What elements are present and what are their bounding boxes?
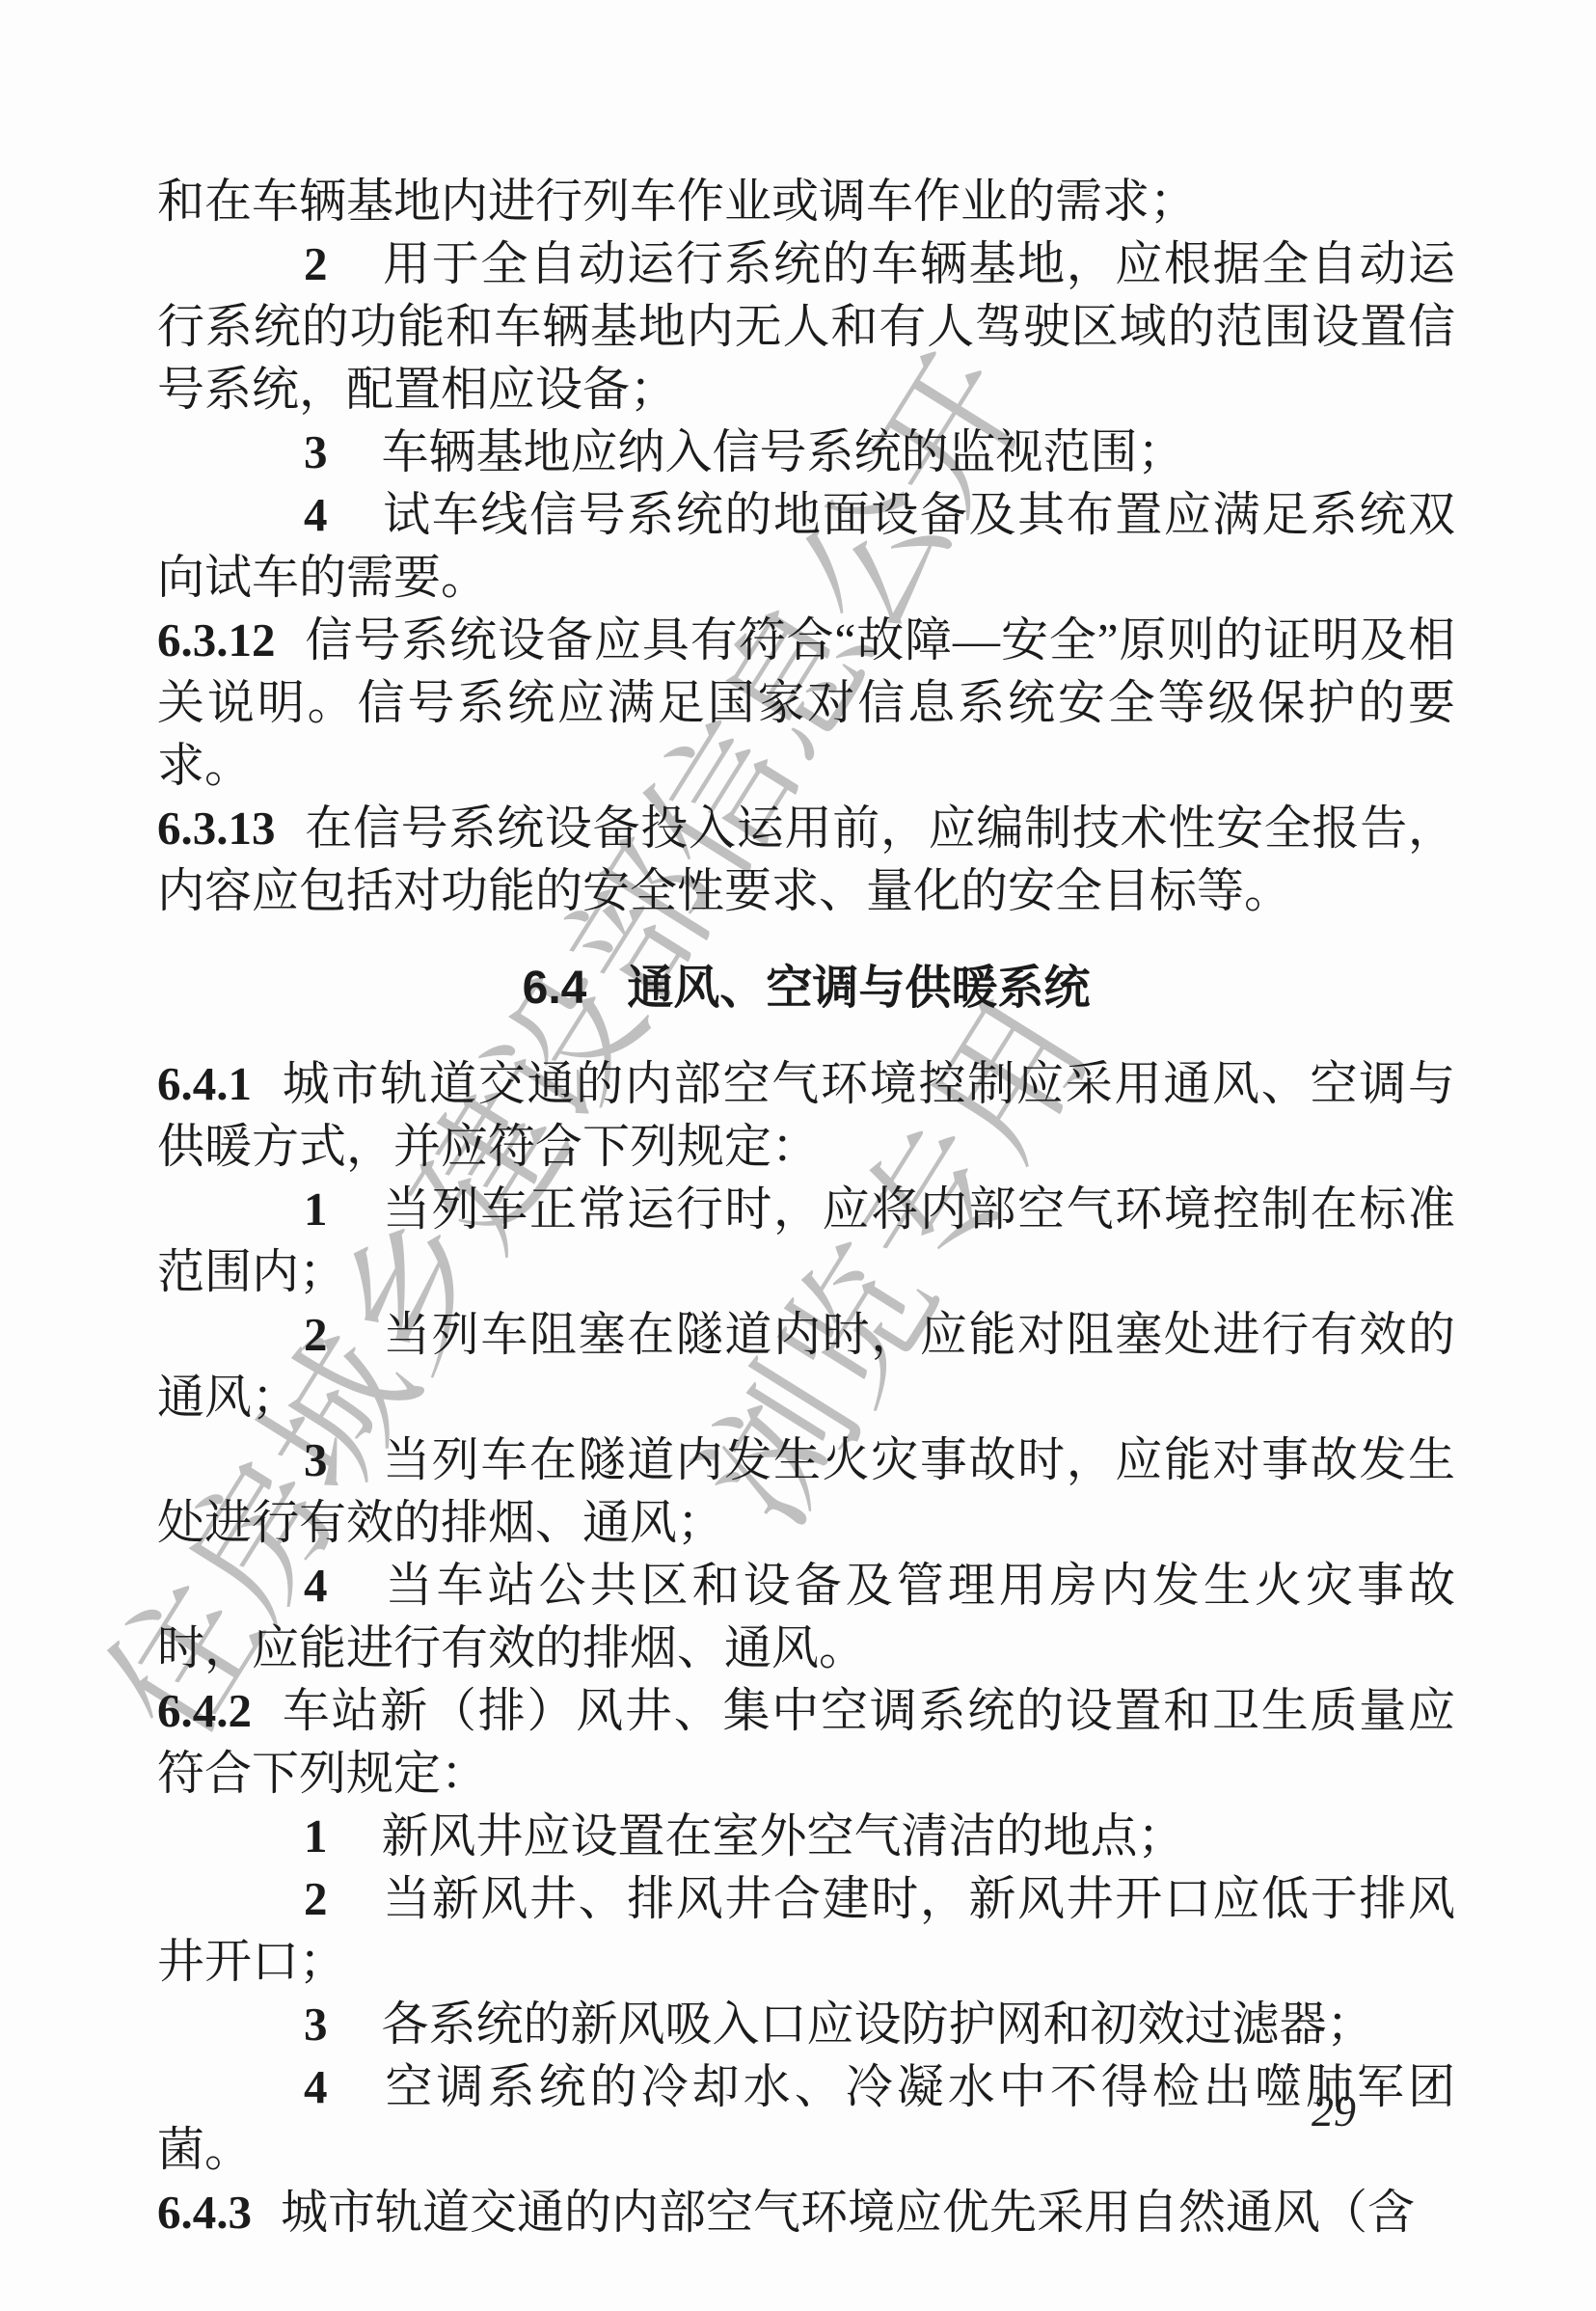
clause-paragraph: 6.4.1城市轨道交通的内部空气环境控制应采用通风、空调与供暖方式，并应符合下列… [157,1052,1455,1178]
list-item: 1当列车正常运行时，应将内部空气环境控制在标准范围内； [157,1178,1455,1303]
clause-number: 6.3.13 [157,802,276,855]
list-item: 4空调系统的冷却水、冷凝水中不得检出噬肺军团菌。 [157,2055,1455,2181]
section-heading: 6.4通风、空调与供暖系统 [157,957,1455,1020]
item-number: 2 [304,237,328,290]
item-number: 1 [304,1809,328,1862]
clause-number: 6.4.2 [157,1684,252,1737]
document-page: 住房城乡建设部信息公开 浏览专用 和在车辆基地内进行列车作业或调车作业的需求；2… [0,0,1596,2311]
list-item: 2当新风井、排风井合建时，新风井开口应低于排风井开口； [157,1867,1455,1993]
list-item: 4试车线信号系统的地面设备及其布置应满足系统双向试车的需要。 [157,483,1455,609]
item-number: 2 [304,1308,328,1361]
item-number: 3 [304,425,328,478]
clause-paragraph: 6.3.13在信号系统设备投入运用前，应编制技术性安全报告，内容应包括对功能的安… [157,797,1455,922]
item-number: 3 [304,1998,328,2051]
paragraph-text: 当车站公共区和设备及管理用房内发生火灾事故时，应能进行有效的排烟、通风。 [157,1559,1455,1674]
paragraph-text: 当新风井、排风井合建时，新风井开口应低于排风井开口； [157,1872,1455,1988]
clause-number: 6.3.12 [157,613,276,666]
page-number: 29 [1312,2085,1356,2136]
clause-paragraph: 6.3.12信号系统设备应具有符合“故障—安全”原则的证明及相关说明。信号系统应… [157,609,1455,797]
item-number: 4 [304,1559,328,1612]
item-number: 4 [304,2060,328,2113]
item-number: 1 [304,1183,328,1236]
paragraph-text: 用于全自动运行系统的车辆基地，应根据全自动运行系统的功能和车辆基地内无人和有人驾… [157,237,1455,416]
page-content: 和在车辆基地内进行列车作业或调车作业的需求；2用于全自动运行系统的车辆基地，应根… [157,170,1455,2243]
list-item: 2当列车阻塞在隧道内时，应能对阻塞处进行有效的通风； [157,1303,1455,1428]
paragraph-text: 各系统的新风吸入口应设防护网和初效过滤器； [382,1998,1374,2051]
paragraph-text: 当列车在隧道内发生火灾事故时，应能对事故发生处进行有效的排烟、通风； [157,1433,1455,1549]
paragraph-text: 试车线信号系统的地面设备及其布置应满足系统双向试车的需要。 [157,488,1455,604]
item-number: 2 [304,1872,328,1925]
clause-paragraph: 6.4.2车站新（排）风井、集中空调系统的设置和卫生质量应符合下列规定： [157,1679,1455,1805]
list-item: 2用于全自动运行系统的车辆基地，应根据全自动运行系统的功能和车辆基地内无人和有人… [157,232,1455,421]
paragraph-text: 通风、空调与供暖系统 [627,963,1090,1014]
list-item: 1新风井应设置在室外空气清洁的地点； [157,1805,1455,1867]
list-item: 3车辆基地应纳入信号系统的监视范围； [157,421,1455,483]
paragraph-text: 城市轨道交通的内部空气环境应优先采用自然通风（含 [281,2186,1415,2239]
item-number: 3 [304,1433,328,1486]
paragraph-text: 当列车阻塞在隧道内时，应能对阻塞处进行有效的通风； [157,1308,1455,1424]
clause-number: 6.4.3 [157,2186,252,2239]
item-number: 4 [304,488,328,541]
clause-number: 6.4.1 [157,1057,252,1110]
list-item: 3各系统的新风吸入口应设防护网和初效过滤器； [157,1993,1455,2055]
paragraph: 和在车辆基地内进行列车作业或调车作业的需求； [157,170,1455,232]
paragraph-text: 信号系统设备应具有符合“故障—安全”原则的证明及相关说明。信号系统应满足国家对信… [157,613,1455,792]
section-number: 6.4 [523,963,587,1014]
paragraph-text: 在信号系统设备投入运用前，应编制技术性安全报告，内容应包括对功能的安全性要求、量… [157,802,1455,917]
paragraph-text: 当列车正常运行时，应将内部空气环境控制在标准范围内； [157,1183,1455,1298]
paragraph-text: 新风井应设置在室外空气清洁的地点； [382,1809,1185,1862]
paragraph-text: 车站新（排）风井、集中空调系统的设置和卫生质量应符合下列规定： [157,1684,1455,1800]
paragraph-text: 空调系统的冷却水、冷凝水中不得检出噬肺军团菌。 [157,2060,1455,2176]
list-item: 4当车站公共区和设备及管理用房内发生火灾事故时，应能进行有效的排烟、通风。 [157,1554,1455,1679]
paragraph-text: 和在车辆基地内进行列车作业或调车作业的需求； [157,175,1197,228]
clause-paragraph: 6.4.3城市轨道交通的内部空气环境应优先采用自然通风（含 [157,2181,1455,2243]
paragraph-text: 城市轨道交通的内部空气环境控制应采用通风、空调与供暖方式，并应符合下列规定： [157,1057,1455,1173]
list-item: 3当列车在隧道内发生火灾事故时，应能对事故发生处进行有效的排烟、通风； [157,1428,1455,1554]
paragraph-text: 车辆基地应纳入信号系统的监视范围； [382,425,1185,478]
